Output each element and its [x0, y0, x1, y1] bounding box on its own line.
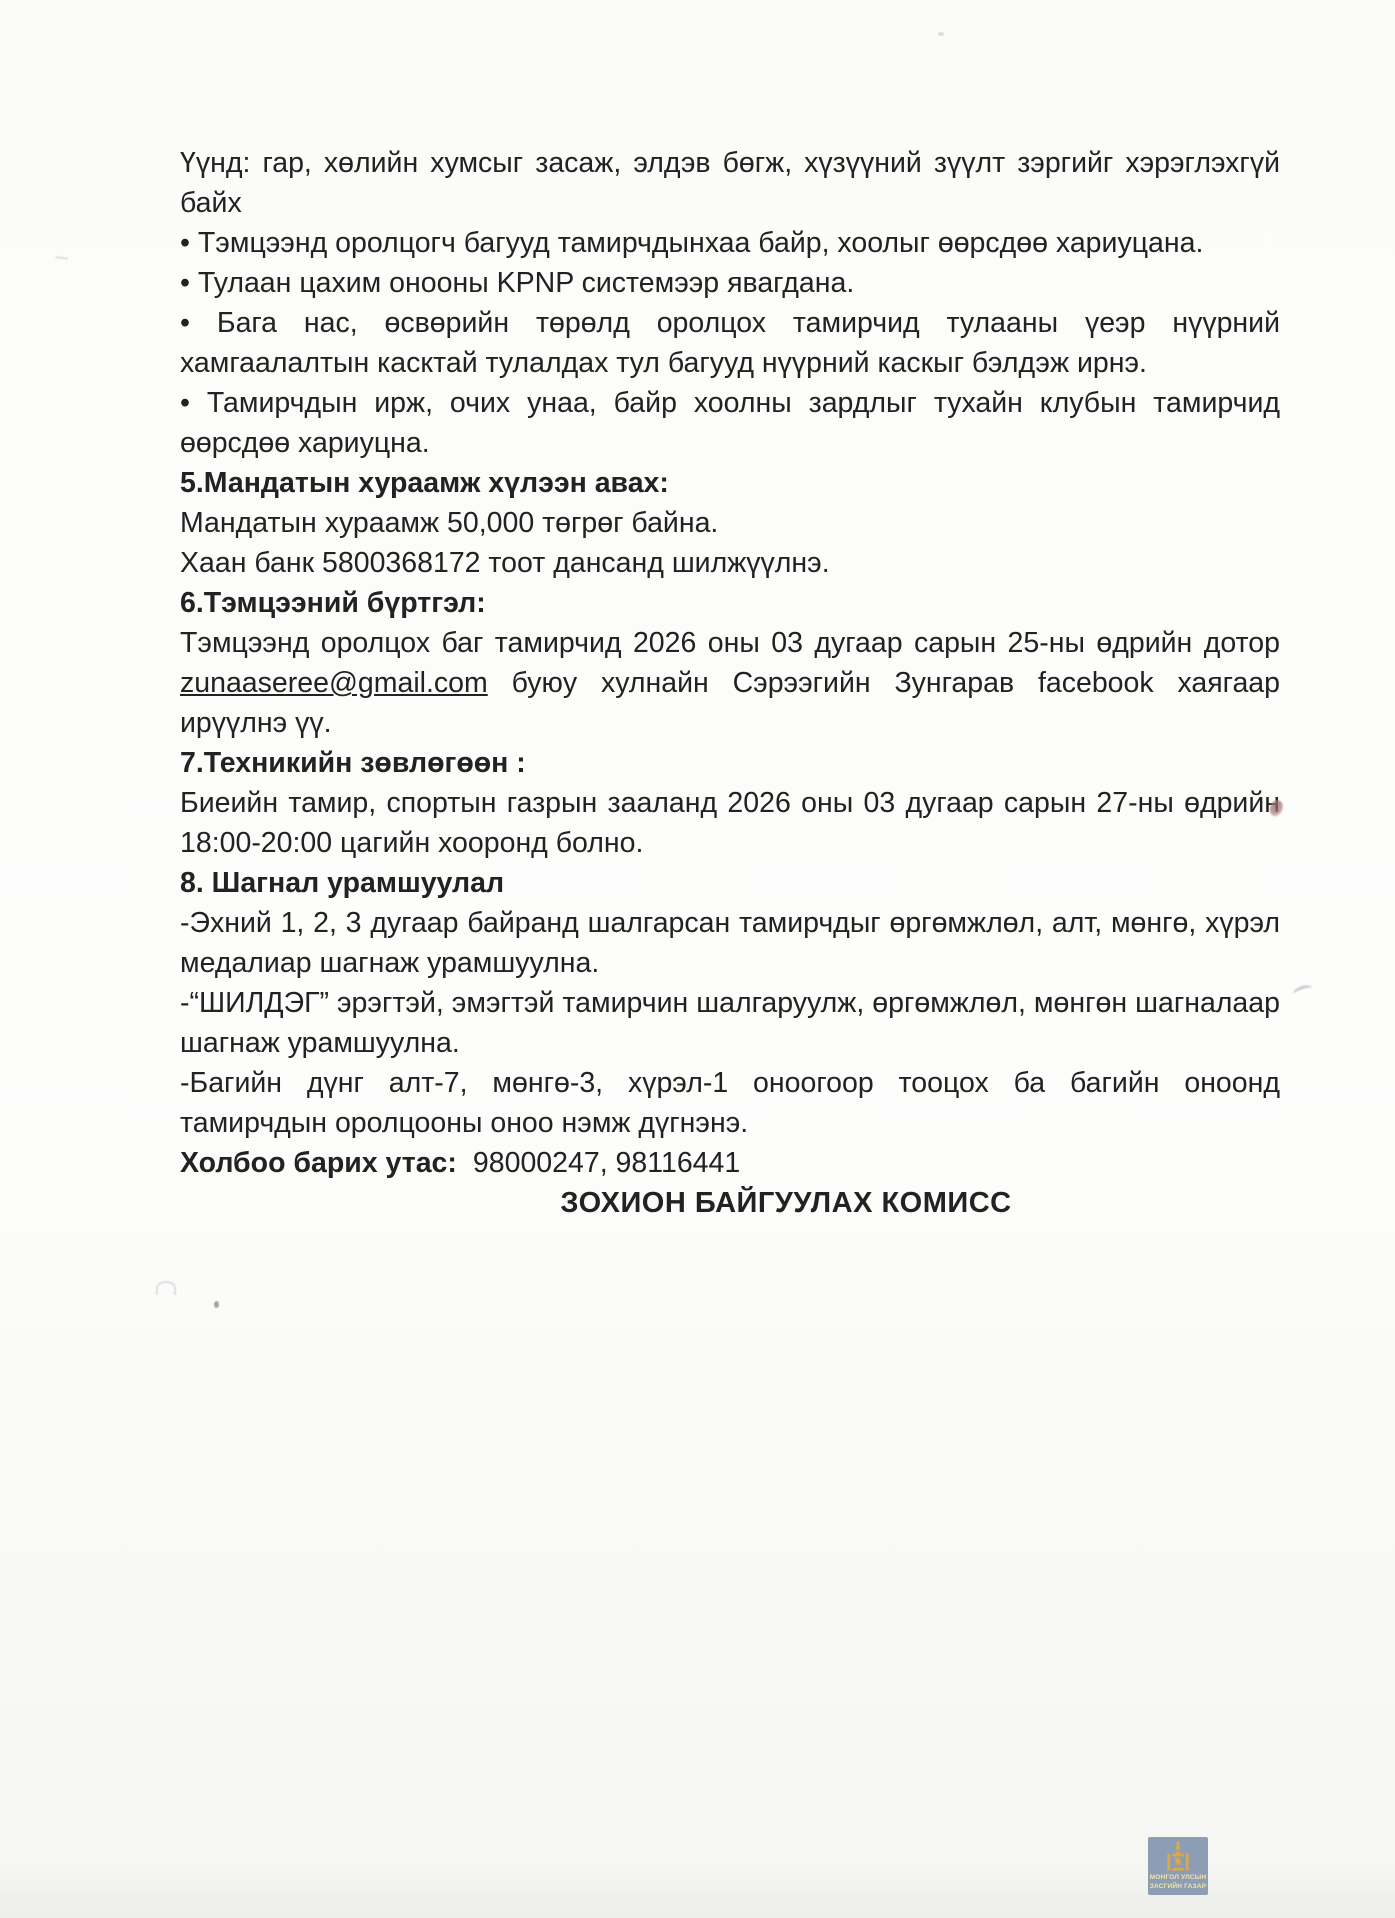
document-body: Үүнд: гар, хөлийн хумсыг засаж, элдэв бө…	[180, 143, 1280, 1223]
award-item: -“ШИЛДЭГ” эрэгтэй, эмэгтэй тамирчин шалг…	[180, 983, 1280, 1063]
technical-meeting-paragraph: Биеийн тамир, спортын газрын зааланд 202…	[180, 783, 1280, 863]
scan-speck	[1292, 983, 1314, 999]
bullet-item: • Тулаан цахим онооны KPNP системээр ява…	[180, 263, 1280, 303]
scan-speck	[156, 1281, 176, 1295]
scanned-document-page: Үүнд: гар, хөлийн хумсыг засаж, элдэв бө…	[0, 0, 1395, 1918]
registration-text-before: Тэмцээнд оролцох баг тамирчид 2026 оны 0…	[180, 627, 1280, 659]
section-8-heading: 8. Шагнал урамшуулал	[180, 863, 1280, 903]
section-6-heading: 6.Тэмцээний бүртгэл:	[180, 583, 1280, 623]
gov-logo-text-line1: МОНГОЛ УЛСЫН	[1150, 1874, 1207, 1882]
award-item: -Багийн дүнг алт-7, мөнгө-3, хүрэл-1 оно…	[180, 1063, 1280, 1143]
bullet-item: • Тэмцээнд оролцогч багууд тамирчдынхаа …	[180, 223, 1280, 263]
contact-line: Холбоо барих утас:98000247, 98116441	[180, 1143, 1280, 1183]
soyombo-icon	[1165, 1840, 1191, 1873]
organizing-committee-heading: ЗОХИОН БАЙГУУЛАХ КОМИСС	[180, 1183, 1280, 1223]
scan-speck	[938, 32, 944, 36]
bank-account-line: Хаан банк 5800368172 тоот дансанд шилжүү…	[180, 543, 1280, 583]
bullet-item: • Тамирчдын ирж, очих унаа, байр хоолны …	[180, 383, 1280, 463]
award-item: -Эхний 1, 2, 3 дугаар байранд шалгарсан …	[180, 903, 1280, 983]
registration-email: zunaaseree@gmail.com	[180, 667, 488, 699]
scan-speck	[56, 251, 69, 260]
section-7-heading: 7.Техникийн зөвлөгөөн :	[180, 743, 1280, 783]
section-5-heading: 5.Мандатын хураамж хүлээн авах:	[180, 463, 1280, 503]
scan-speck	[214, 1301, 219, 1308]
bullet-item: • Бага нас, өсвөрийн төрөлд оролцох тами…	[180, 303, 1280, 383]
government-of-mongolia-badge: МОНГОЛ УЛСЫН ЗАСГИЙН ГАЗАР	[1148, 1837, 1208, 1895]
intro-paragraph: Үүнд: гар, хөлийн хумсыг засаж, элдэв бө…	[180, 143, 1280, 223]
contact-phone-numbers: 98000247, 98116441	[457, 1147, 740, 1179]
mandate-fee-line: Мандатын хураамж 50,000 төгрөг байна.	[180, 503, 1280, 543]
contact-label: Холбоо барих утас:	[180, 1147, 457, 1179]
gov-logo-text-line2: ЗАСГИЙН ГАЗАР	[1150, 1883, 1207, 1891]
registration-paragraph: Тэмцээнд оролцох баг тамирчид 2026 оны 0…	[180, 623, 1280, 743]
